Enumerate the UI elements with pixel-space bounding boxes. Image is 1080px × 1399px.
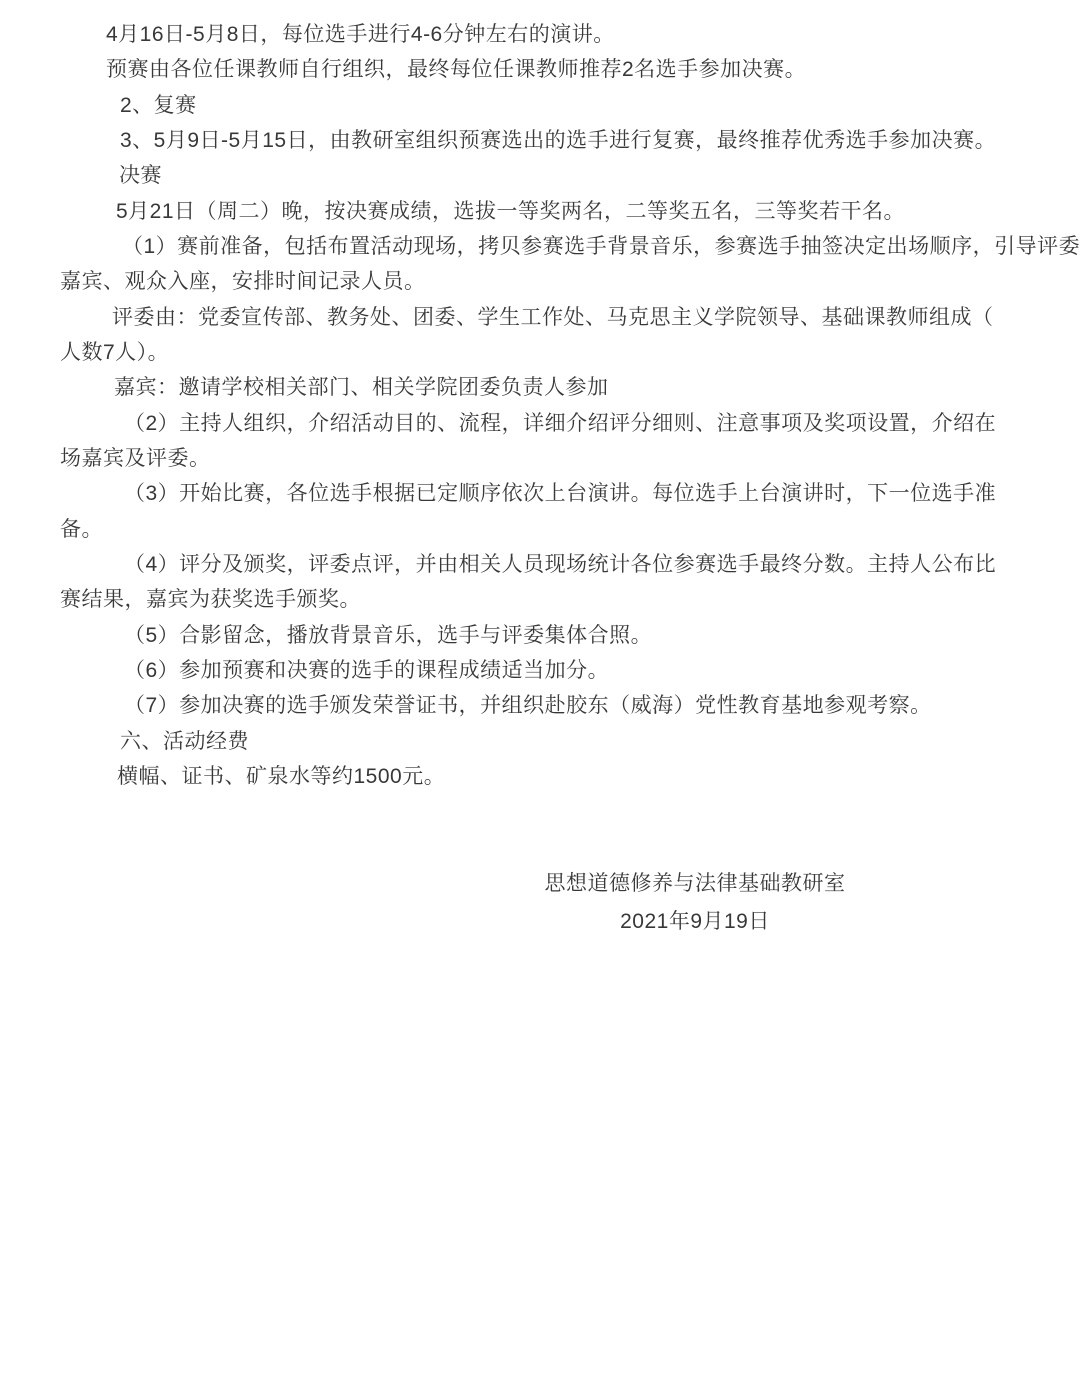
text-line: 备。 bbox=[0, 512, 1080, 547]
text-line: 场嘉宾及评委。 bbox=[0, 441, 1080, 476]
signature-block: 思想道德修养与法律基础教研室 2021年9月19日 bbox=[310, 865, 1080, 941]
text-line: 4月16日-5月8日，每位选手进行4-6分钟左右的演讲。 bbox=[0, 17, 1080, 52]
text-line: 人数7人）。 bbox=[0, 335, 1080, 370]
text-line: 5月21日（周二）晚，按决赛成绩，选拔一等奖两名，二等奖五名，三等奖若干名。 bbox=[0, 194, 1080, 229]
text-line: （2）主持人组织，介绍活动目的、流程，详细介绍评分细则、注意事项及奖项设置，介绍… bbox=[0, 406, 1080, 441]
text-line: 2、复赛 bbox=[0, 88, 1080, 123]
text-line: （7）参加决赛的选手颁发荣誉证书，并组织赴胶东（威海）党性教育基地参观考察。 bbox=[0, 688, 1080, 723]
signature-organization: 思想道德修养与法律基础教研室 bbox=[310, 865, 1080, 903]
document-page: 4月16日-5月8日，每位选手进行4-6分钟左右的演讲。 预赛由各位任课教师自行… bbox=[0, 0, 1080, 1399]
text-line: （3）开始比赛，各位选手根据已定顺序依次上台演讲。每位选手上台演讲时，下一位选手… bbox=[0, 476, 1080, 511]
text-line: 嘉宾：邀请学校相关部门、相关学院团委负责人参加 bbox=[0, 370, 1080, 405]
text-line: 预赛由各位任课教师自行组织，最终每位任课教师推荐2名选手参加决赛。 bbox=[0, 52, 1080, 87]
text-line: 六、活动经费 bbox=[0, 724, 1080, 759]
text-line: 赛结果，嘉宾为获奖选手颁奖。 bbox=[0, 582, 1080, 617]
text-line: 嘉宾、观众入座，安排时间记录人员。 bbox=[0, 264, 1080, 299]
text-line: （4）评分及颁奖，评委点评，并由相关人员现场统计各位参赛选手最终分数。主持人公布… bbox=[0, 547, 1080, 582]
text-line: 横幅、证书、矿泉水等约1500元。 bbox=[0, 759, 1080, 794]
text-line: （6）参加预赛和决赛的选手的课程成绩适当加分。 bbox=[0, 653, 1080, 688]
text-line: 评委由：党委宣传部、教务处、团委、学生工作处、马克思主义学院领导、基础课教师组成… bbox=[0, 300, 1080, 335]
document-body: 4月16日-5月8日，每位选手进行4-6分钟左右的演讲。 预赛由各位任课教师自行… bbox=[0, 17, 1080, 941]
signature-date: 2021年9月19日 bbox=[310, 903, 1080, 941]
text-line: 3、5月9日-5月15日，由教研室组织预赛选出的选手进行复赛，最终推荐优秀选手参… bbox=[0, 123, 1080, 158]
text-line: （5）合影留念，播放背景音乐，选手与评委集体合照。 bbox=[0, 618, 1080, 653]
text-line: 决赛 bbox=[0, 158, 1080, 193]
text-line: （1）赛前准备，包括布置活动现场，拷贝参赛选手背景音乐，参赛选手抽签决定出场顺序… bbox=[0, 229, 1080, 264]
